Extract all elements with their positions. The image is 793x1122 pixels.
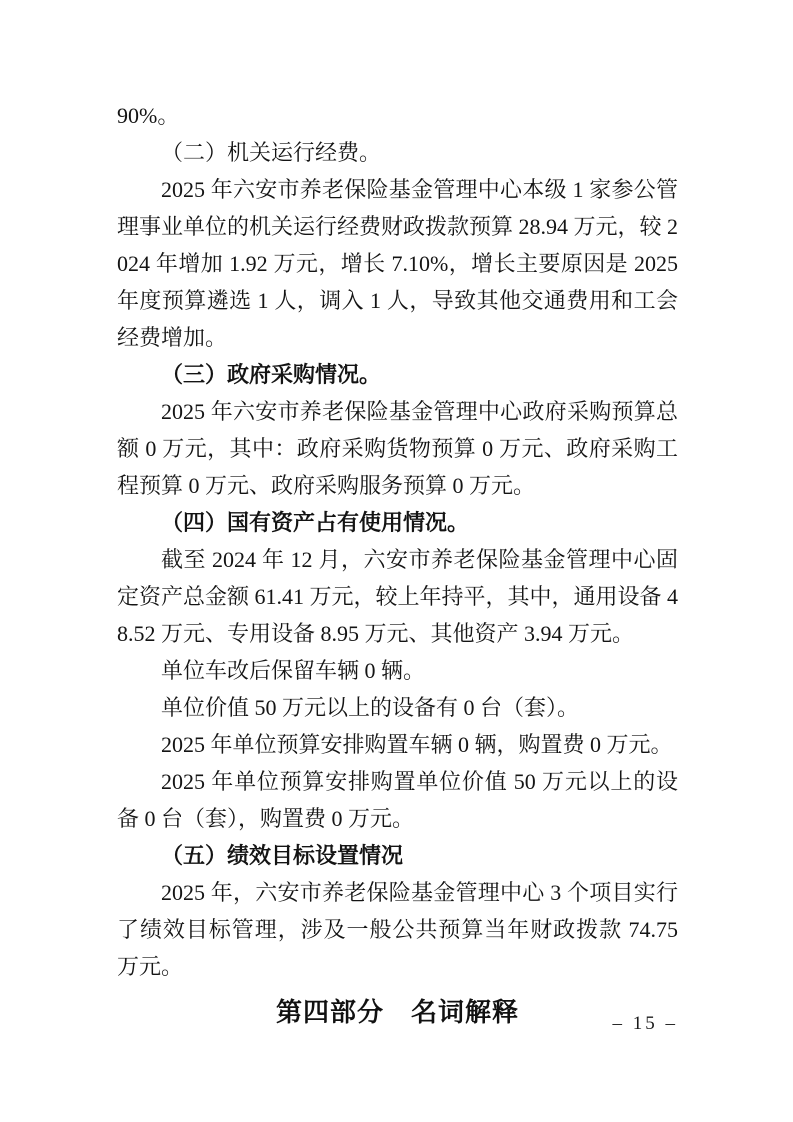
paragraph-equipment-purchase-budget: 2025 年单位预算安排购置单位价值 50 万元以上的设备 0 台（套），购置费… [117,763,678,837]
paragraph-vehicle-purchase-budget: 2025 年单位预算安排购置车辆 0 辆，购置费 0 万元。 [117,726,678,763]
paragraph-90-percent: 90%。 [117,97,678,134]
paragraph-government-procurement: 2025 年六安市养老保险基金管理中心政府采购预算总额 0 万元，其中：政府采购… [117,393,678,504]
document-page: 90%。 （二）机关运行经费。 2025 年六安市养老保险基金管理中心本级 1 … [0,0,793,1122]
paragraph-fixed-assets: 截至 2024 年 12 月，六安市养老保险基金管理中心固定资产总金额 61.4… [117,541,678,652]
page-body: 90%。 （二）机关运行经费。 2025 年六安市养老保险基金管理中心本级 1 … [117,97,678,1033]
paragraph-operating-expenses: 2025 年六安市养老保险基金管理中心本级 1 家参公管理事业单位的机关运行经费… [117,171,678,356]
subheading-government-procurement: （三）政府采购情况。 [117,356,678,393]
subheading-performance-targets: （五）绩效目标设置情况 [117,837,678,874]
paragraph-equipment-over-50: 单位价值 50 万元以上的设备有 0 台（套）。 [117,689,678,726]
subheading-agency-operating-expenses: （二）机关运行经费。 [117,134,678,171]
paragraph-retained-vehicles: 单位车改后保留车辆 0 辆。 [117,652,678,689]
paragraph-performance-targets: 2025 年，六安市养老保险基金管理中心 3 个项目实行了绩效目标管理，涉及一般… [117,874,678,985]
subheading-state-assets: （四）国有资产占有使用情况。 [117,504,678,541]
page-number: – 15 – [117,1013,678,1035]
